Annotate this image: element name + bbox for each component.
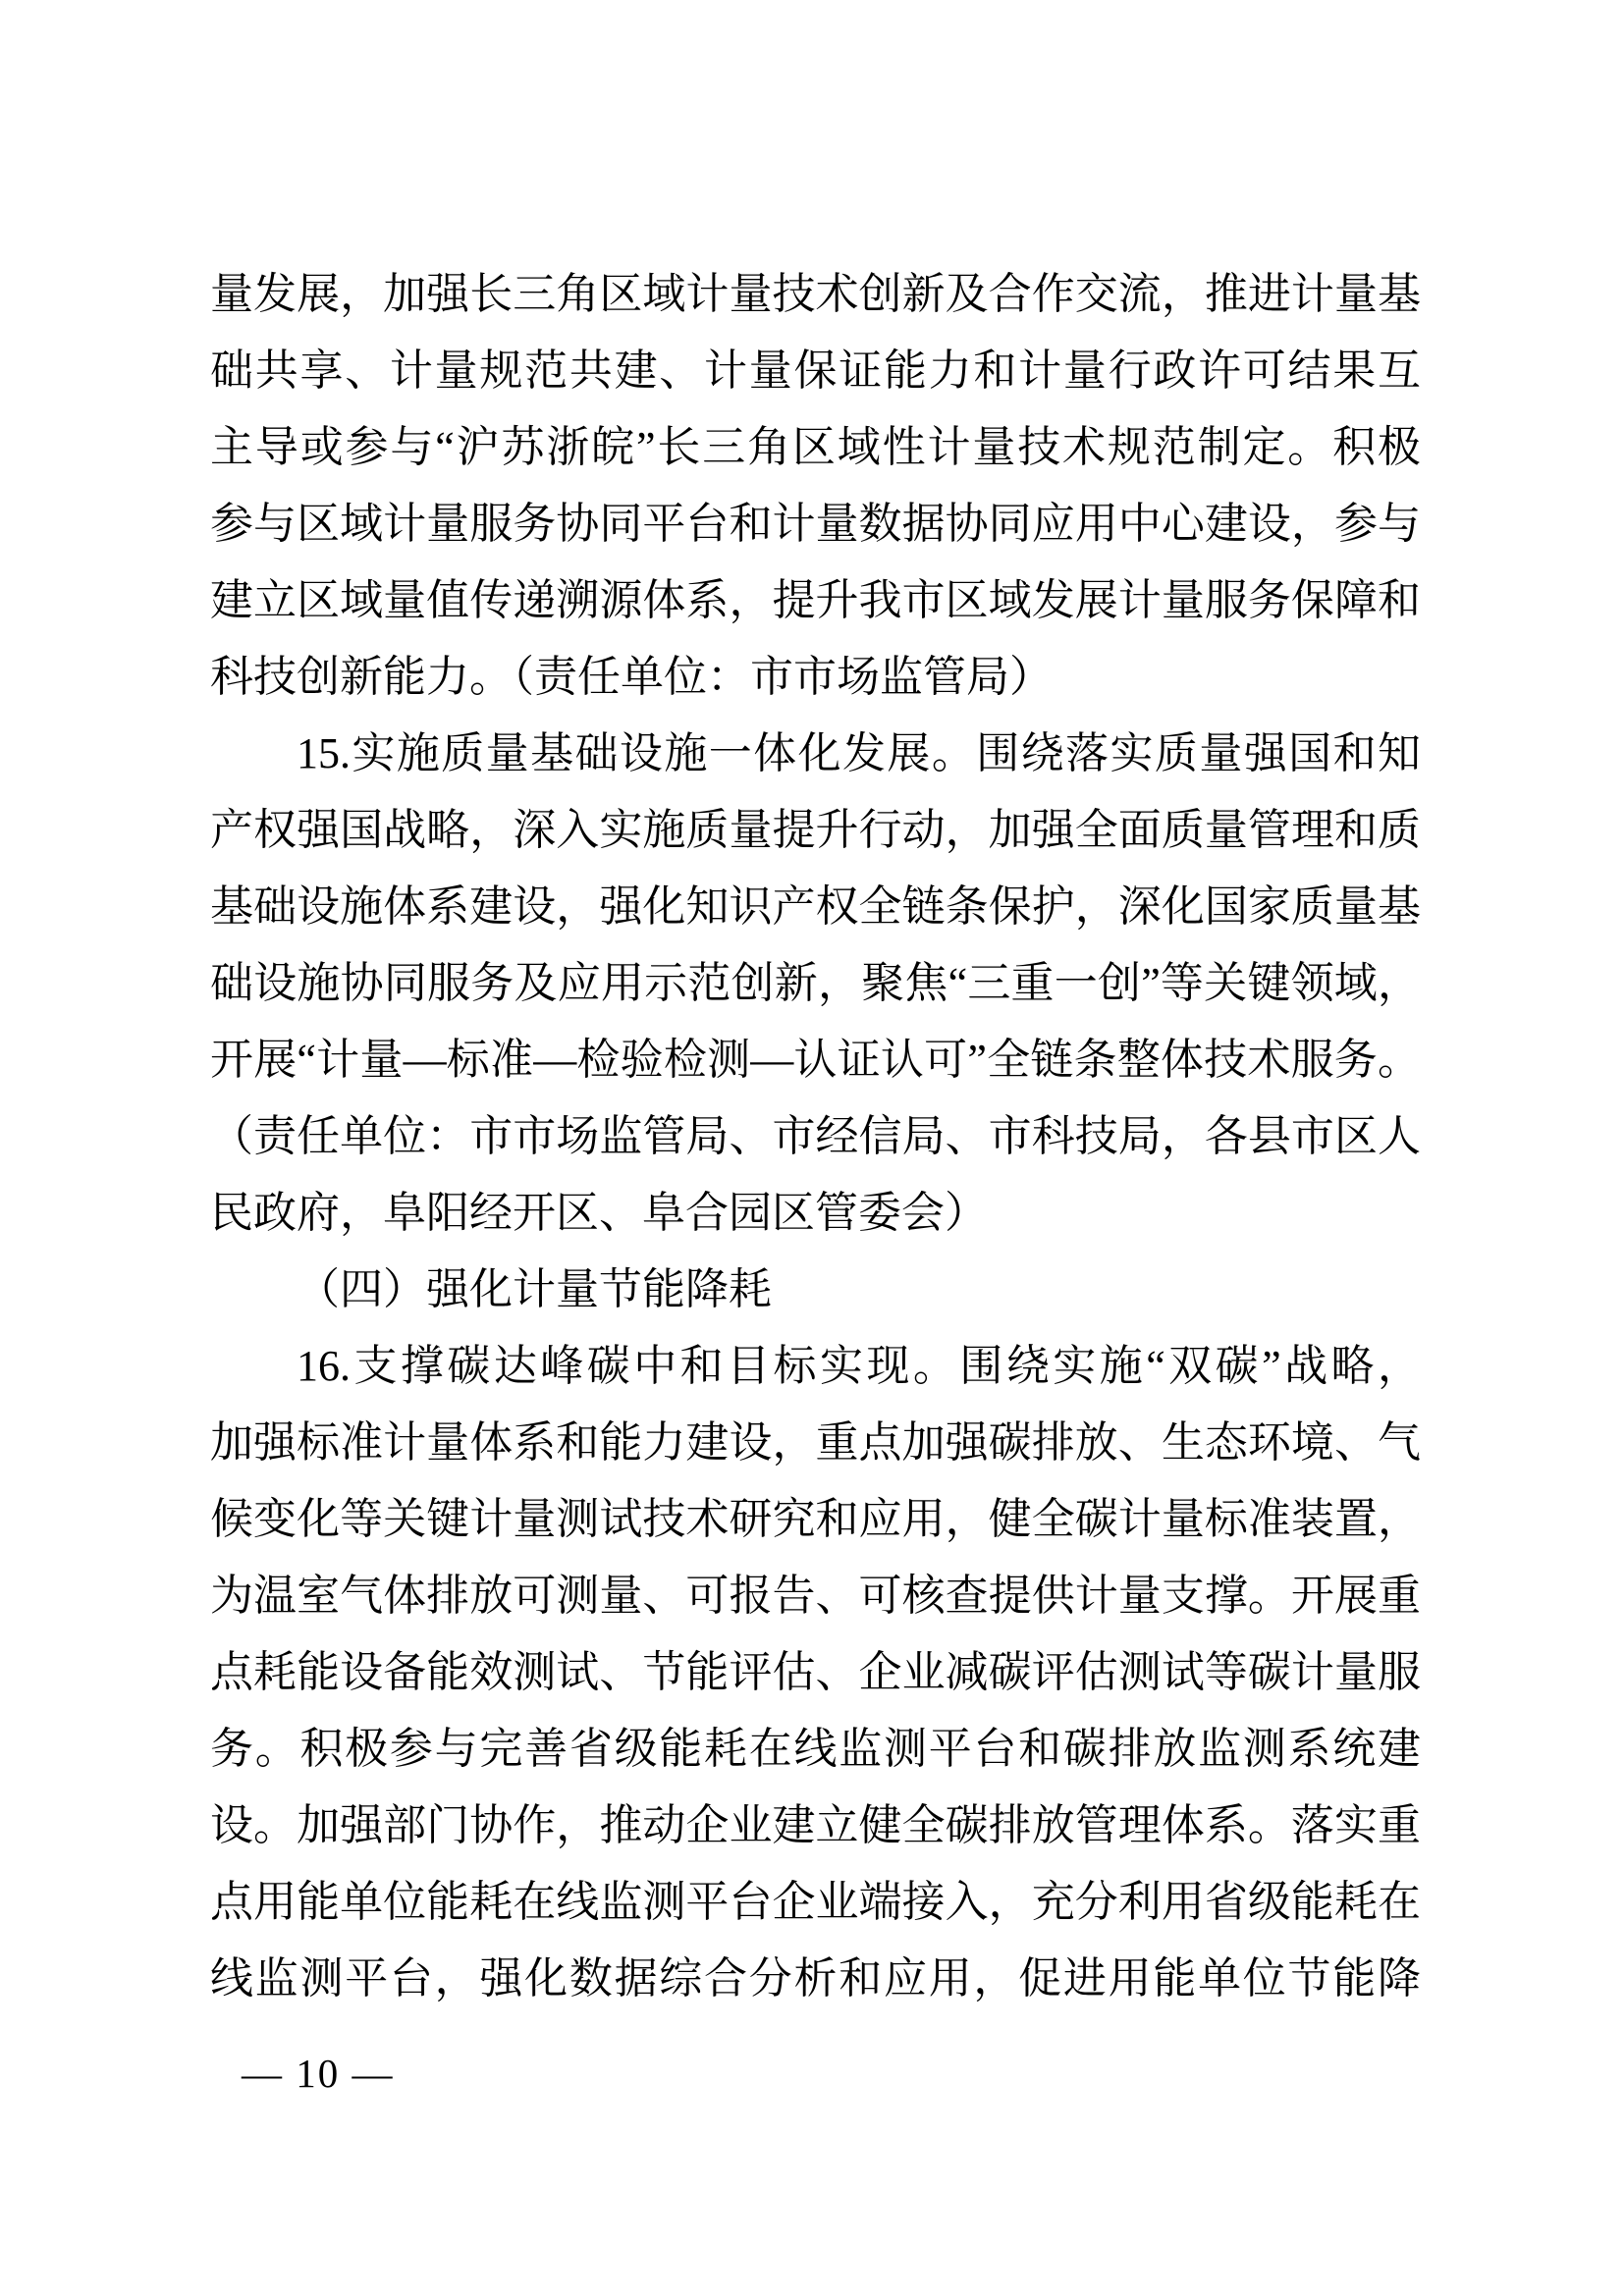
text-line: 候变化等关键计量测试技术研究和应用，健全碳计量标准装置， bbox=[210, 1481, 1421, 1558]
text-line: 设。加强部门协作，推动企业建立健全碳排放管理体系。落实重 bbox=[210, 1788, 1421, 1864]
text-line: 线监测平台，强化数据综合分析和应用，促进用能单位节能降耗、 bbox=[210, 1941, 1421, 2017]
text-line: 主导或参与“沪苏浙皖”长三角区域性计量技术规范制定。积极 bbox=[210, 409, 1421, 486]
text-line: 础设施协同服务及应用示范创新，聚焦“三重一创”等关键领域， bbox=[210, 945, 1421, 1022]
text-line: 为温室气体排放可测量、可报告、可核查提供计量支撑。开展重 bbox=[210, 1558, 1421, 1634]
text-line: 参与区域计量服务协同平台和计量数据协同应用中心建设，参与 bbox=[210, 486, 1421, 562]
text-line: 加强标准计量体系和能力建设，重点加强碳排放、生态环境、气 bbox=[210, 1405, 1421, 1481]
page-footer: — 10 — bbox=[242, 2050, 395, 2097]
text-line: 础共享、计量规范共建、计量保证能力和计量行政许可结果互认。 bbox=[210, 333, 1421, 409]
page-number: — 10 — bbox=[242, 2051, 395, 2096]
text-line: 15.实施质量基础设施一体化发展。围绕落实质量强国和知识 bbox=[210, 716, 1421, 792]
paragraph-continuation: 量发展，加强长三角区域计量技术创新及合作交流，推进计量基 础共享、计量规范共建、… bbox=[210, 256, 1421, 716]
section-heading: （四）强化计量节能降耗 bbox=[210, 1252, 1421, 1328]
section-heading-4: （四）强化计量节能降耗 bbox=[210, 1252, 1421, 1328]
text-line: （责任单位：市市场监管局、市经信局、市科技局，各县市区人 bbox=[210, 1098, 1421, 1175]
text-line: 量发展，加强长三角区域计量技术创新及合作交流，推进计量基 bbox=[210, 256, 1421, 333]
text-line: 科技创新能力。（责任单位：市市场监管局） bbox=[210, 639, 1421, 716]
document-body: 量发展，加强长三角区域计量技术创新及合作交流，推进计量基 础共享、计量规范共建、… bbox=[210, 256, 1421, 2017]
text-line: 点耗能设备能效测试、节能评估、企业减碳评估测试等碳计量服 bbox=[210, 1634, 1421, 1711]
text-line: 点用能单位能耗在线监测平台企业端接入，充分利用省级能耗在 bbox=[210, 1864, 1421, 1941]
document-page: 量发展，加强长三角区域计量技术创新及合作交流，推进计量基 础共享、计量规范共建、… bbox=[0, 0, 1624, 2296]
text-line: 16.支撑碳达峰碳中和目标实现。围绕实施“双碳”战略， bbox=[210, 1328, 1421, 1405]
text-line: 建立区域量值传递溯源体系，提升我市区域发展计量服务保障和 bbox=[210, 562, 1421, 639]
text-line: 基础设施体系建设，强化知识产权全链条保护，深化国家质量基 bbox=[210, 869, 1421, 945]
text-line: 产权强国战略，深入实施质量提升行动，加强全面质量管理和质量 bbox=[210, 792, 1421, 869]
paragraph-item-16: 16.支撑碳达峰碳中和目标实现。围绕实施“双碳”战略， 加强标准计量体系和能力建… bbox=[210, 1328, 1421, 2017]
text-line: 务。积极参与完善省级能耗在线监测平台和碳排放监测系统建 bbox=[210, 1711, 1421, 1788]
text-line: 开展“计量—标准—检验检测—认证认可”全链条整体技术服务。 bbox=[210, 1022, 1421, 1098]
text-line: 民政府，阜阳经开区、阜合园区管委会） bbox=[210, 1175, 1421, 1252]
paragraph-item-15: 15.实施质量基础设施一体化发展。围绕落实质量强国和知识 产权强国战略，深入实施… bbox=[210, 716, 1421, 1252]
